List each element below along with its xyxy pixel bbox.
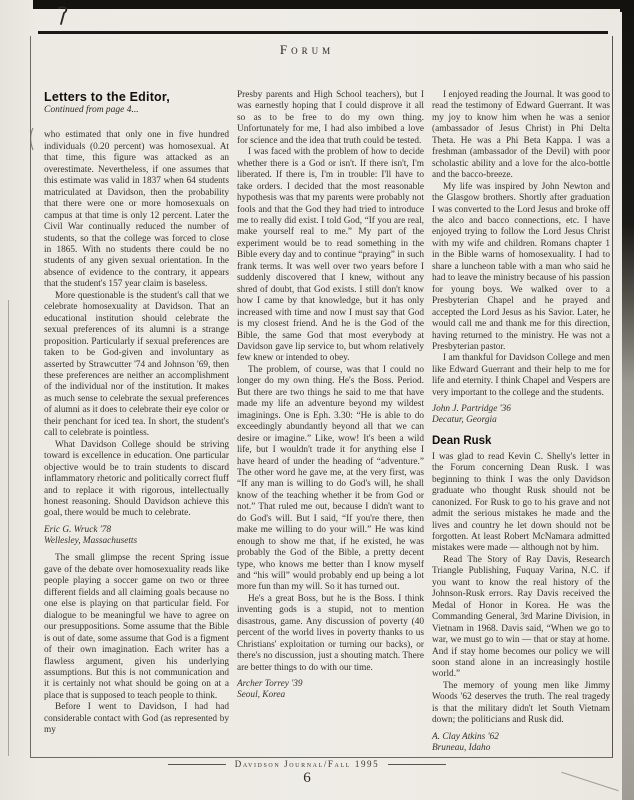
paragraph: Presby parents and High School teachers)… xyxy=(237,90,424,147)
column-2: Presby parents and High School teachers)… xyxy=(237,90,424,760)
page-footer: Davidson Journal/Fall 1995 6 xyxy=(0,759,614,787)
column-1: Letters to the Editor, Continued from pa… xyxy=(44,90,229,760)
paragraph: The memory of young men like Jimmy Woods… xyxy=(432,681,610,727)
letter-signature: Archer Torrey '39 Seoul, Korea xyxy=(237,679,424,701)
letter-signature-name: Eric G. Wruck '78 xyxy=(44,525,229,536)
column-3: I enjoyed reading the Journal. It was go… xyxy=(432,90,610,760)
letter-signature: Eric G. Wruck '78 Wellesley, Massachuset… xyxy=(44,525,229,547)
paragraph: I enjoyed reading the Journal. It was go… xyxy=(432,90,610,182)
letters-body: Letters to the Editor, Continued from pa… xyxy=(44,90,610,760)
letter-signature-location: Wellesley, Massachusetts xyxy=(44,536,229,547)
paragraph: who estimated that only one in five hund… xyxy=(44,130,229,290)
paragraph: Before I went to Davidson, I had had con… xyxy=(44,702,229,736)
scanned-page: Forum Letters to the Editor, Continued f… xyxy=(0,0,634,800)
scan-fold-line xyxy=(8,300,9,756)
continued-from-note: Continued from page 4... xyxy=(44,105,229,116)
paragraph: He's a great Boss, but he is the Boss. I… xyxy=(237,594,424,674)
letter-signature: John J. Partridge '36 Decatur, Georgia xyxy=(432,404,610,426)
paragraph: The problem, of course, was that I could… xyxy=(237,365,424,594)
footer-rule-left xyxy=(168,764,226,765)
letter-signature: A. Clay Atkins '62 Bruneau, Idaho xyxy=(432,732,610,754)
paragraph: I am thankful for Davidson College and m… xyxy=(432,353,610,399)
letter-signature-location: Decatur, Georgia xyxy=(432,415,610,426)
paragraph: What Davidson College should be striving… xyxy=(44,440,229,520)
page-title: Forum xyxy=(0,42,614,58)
scan-edge-top xyxy=(33,0,628,9)
letter-signature-name: A. Clay Atkins '62 xyxy=(432,732,610,743)
paragraph: My life was inspired by John Newton and … xyxy=(432,182,610,354)
journal-title: Davidson Journal/Fall 1995 xyxy=(235,759,380,769)
letters-to-editor-heading: Letters to the Editor, xyxy=(44,90,229,104)
pen-mark-icon xyxy=(56,5,74,34)
letter-signature-location: Seoul, Korea xyxy=(237,690,424,701)
scan-edge-right xyxy=(622,0,634,800)
letter-signature-name: John J. Partridge '36 xyxy=(432,404,610,415)
letter-signature-name: Archer Torrey '39 xyxy=(237,679,424,690)
header-rule xyxy=(38,31,608,34)
paragraph: More questionable is the student's call … xyxy=(44,291,229,440)
paragraph: The small glimpse the recent Spring issu… xyxy=(44,553,229,702)
paragraph: I was glad to read Kevin C. Shelly's let… xyxy=(432,452,610,555)
footer-rule-right xyxy=(388,764,446,765)
paragraph: I was faced with the problem of how to d… xyxy=(237,147,424,365)
page-number: 6 xyxy=(0,770,614,787)
dean-rusk-heading: Dean Rusk xyxy=(432,435,610,448)
letter-signature-location: Bruneau, Idaho xyxy=(432,743,610,754)
paragraph: Read The Story of Ray Davis, Research Tr… xyxy=(432,555,610,681)
